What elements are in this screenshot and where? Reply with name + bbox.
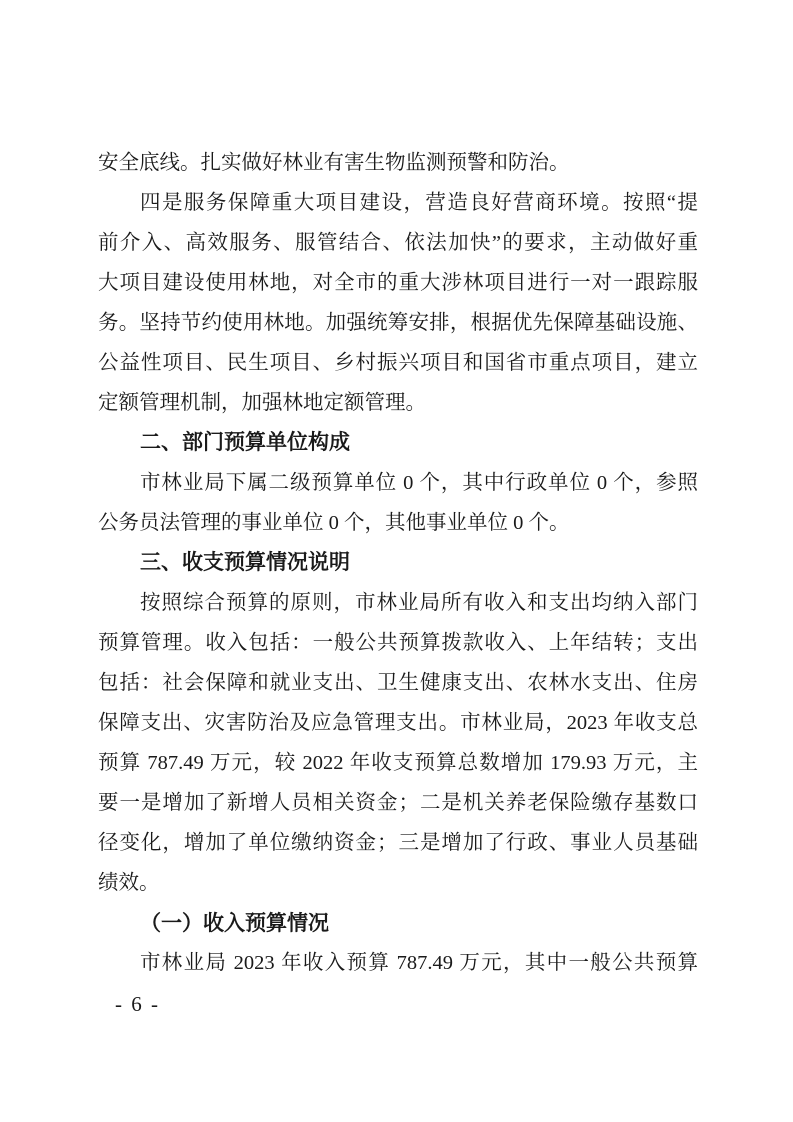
section-heading-3: 三、收支预算情况说明	[98, 543, 698, 583]
text-line: 务。坚持节约使用林地。加强统筹安排，根据优先保障基础设施、	[98, 303, 698, 343]
text-line: 包括：社会保障和就业支出、卫生健康支出、农林水支出、住房	[98, 663, 698, 703]
text-line: 四是服务保障重大项目建设，营造良好营商环境。按照“提	[98, 183, 698, 223]
text-line: 要一是增加了新增人员相关资金；二是机关养老保险缴存基数口	[98, 783, 698, 823]
section-heading-2: 二、部门预算单位构成	[98, 423, 698, 463]
document-page: 安全底线。扎实做好林业有害生物监测预警和防治。 四是服务保障重大项目建设，营造良…	[0, 0, 793, 1122]
text-line: 预算管理。收入包括：一般公共预算拨款收入、上年结转；支出	[98, 623, 698, 663]
page-number: - 6 -	[115, 992, 160, 1016]
text-line: 前介入、高效服务、服管结合、依法加快”的要求，主动做好重	[98, 223, 698, 263]
text-line: 市林业局 2023 年收入预算 787.49 万元，其中一般公共预算	[98, 943, 698, 983]
text-line: 安全底线。扎实做好林业有害生物监测预警和防治。	[98, 143, 698, 183]
text-line: 预算 787.49 万元，较 2022 年收支预算总数增加 179.93 万元，…	[98, 743, 698, 783]
text-line: 保障支出、灾害防治及应急管理支出。市林业局，2023 年收支总	[98, 703, 698, 743]
text-line: 定额管理机制，加强林地定额管理。	[98, 383, 698, 423]
text-line: 大项目建设使用林地，对全市的重大涉林项目进行一对一跟踪服	[98, 263, 698, 303]
text-line: 按照综合预算的原则，市林业局所有收入和支出均纳入部门	[98, 583, 698, 623]
text-line: 市林业局下属二级预算单位 0 个，其中行政单位 0 个，参照	[98, 463, 698, 503]
text-line: 径变化，增加了单位缴纳资金；三是增加了行政、事业人员基础	[98, 823, 698, 863]
text-line: 公益性项目、民生项目、乡村振兴项目和国省市重点项目，建立	[98, 343, 698, 383]
text-line: 公务员法管理的事业单位 0 个，其他事业单位 0 个。	[98, 503, 698, 543]
document-body: 安全底线。扎实做好林业有害生物监测预警和防治。 四是服务保障重大项目建设，营造良…	[98, 143, 698, 983]
subsection-heading-1: （一）收入预算情况	[98, 903, 698, 943]
text-line: 绩效。	[98, 863, 698, 903]
